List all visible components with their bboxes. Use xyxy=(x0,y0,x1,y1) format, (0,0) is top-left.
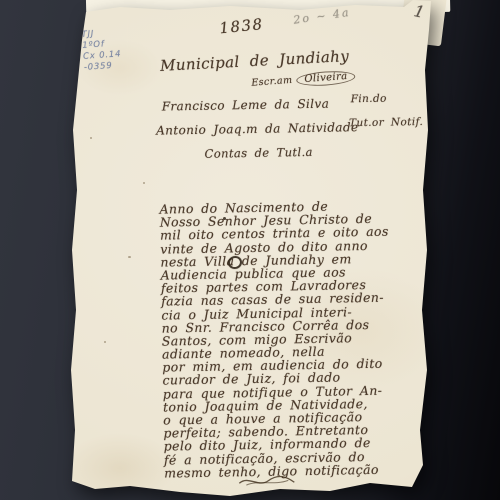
pencil-note: 2o ~ 4a xyxy=(293,6,352,27)
year-heading: 1838 xyxy=(219,15,265,38)
scan-backdrop: 1838 2o ~ 4a 1 TJJ 1ºOf Cx 0.14 -0359 Mu… xyxy=(0,0,500,500)
clerk-prefix: Escr.am xyxy=(251,75,293,89)
case-type-line: Contas de Tutl.a xyxy=(204,145,313,161)
paper-speck xyxy=(104,341,106,343)
paper-speck xyxy=(143,182,145,184)
document-title: Municipal de Jundiahy xyxy=(160,47,350,75)
rubric-flourish xyxy=(236,473,298,490)
clerk-name-circled: Oliveira xyxy=(296,69,356,87)
party-name: Antonio Joaq.m da Natividade xyxy=(156,120,359,138)
party-name: Francisco Leme da Silva xyxy=(162,97,330,114)
page-number: 1 xyxy=(412,1,427,22)
paper-speck xyxy=(128,256,131,258)
document-page-wrap: 1838 2o ~ 4a 1 TJJ 1ºOf Cx 0.14 -0359 Mu… xyxy=(0,0,500,500)
paper-speck xyxy=(90,137,92,139)
archive-code-line: -0359 xyxy=(84,60,123,74)
party-role: Tut.or Notif. xyxy=(349,116,423,129)
body-paragraph: Anno do Nascimento de Nosso Senhor Jesu … xyxy=(159,198,418,479)
clerk-line: Escr.amOliveira xyxy=(251,69,356,90)
handwriting-layer: 1838 2o ~ 4a 1 TJJ 1ºOf Cx 0.14 -0359 Mu… xyxy=(0,0,500,500)
manuscript-page: 1838 2o ~ 4a 1 TJJ 1ºOf Cx 0.14 -0359 Mu… xyxy=(0,0,500,500)
party-role: Fin.do xyxy=(351,93,387,106)
archive-code-annotation: TJJ 1ºOf Cx 0.14 -0359 xyxy=(81,27,122,74)
ink-speck xyxy=(223,217,226,220)
